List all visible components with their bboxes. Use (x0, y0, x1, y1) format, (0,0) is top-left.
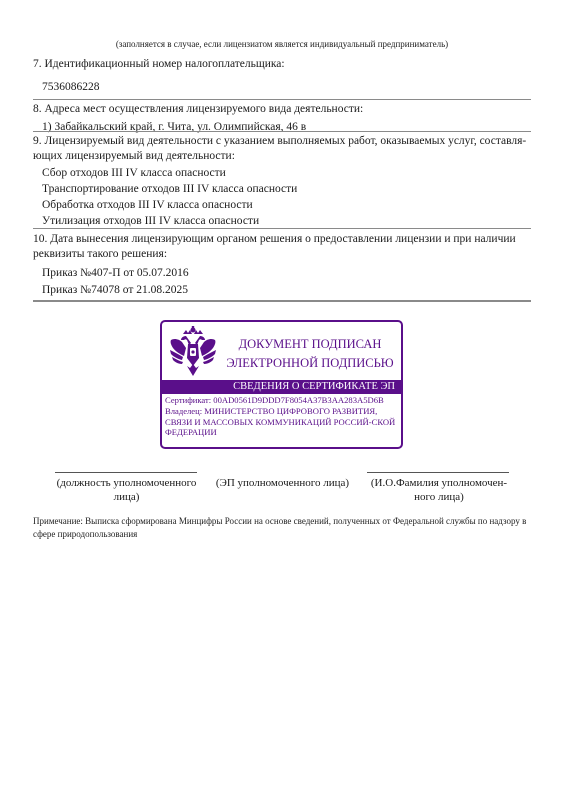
certificate-value: 00AD0561D9DDD7F8054A37B3AA283A5D6B (213, 395, 383, 405)
owner-label: Владелец: (165, 406, 202, 416)
signature-caption-name: (И.О.Фамилия уполномочен- ного лица) (358, 476, 520, 504)
section-title-line1: 10. Дата вынесения лицензирующим органом… (33, 232, 531, 247)
section-activity: 9. Лицензируемый вид деятельности с указ… (33, 134, 531, 229)
signature-caption-position: (должность уполномоченного лица) (44, 476, 209, 504)
decision-item: Приказ №407-П от 05.07.2016 (33, 265, 531, 282)
divider (33, 300, 531, 302)
e-signature-stamp: ДОКУМЕНТ ПОДПИСАН ЭЛЕКТРОННОЙ ПОДПИСЬЮ С… (160, 320, 403, 449)
section-decision: 10. Дата вынесения лицензирующим органом… (33, 232, 531, 299)
footnote: Примечание: Выписка сформирована Минцифр… (33, 515, 533, 541)
signature-line-position (55, 472, 197, 473)
owner-line: Владелец: МИНИСТЕРСТВО ЦИФРОВОГО РАЗВИТИ… (165, 406, 401, 438)
stamp-heading: ДОКУМЕНТ ПОДПИСАН ЭЛЕКТРОННОЙ ПОДПИСЬЮ (220, 335, 400, 373)
caption-line1: (должность уполномоченного (44, 476, 209, 490)
caption-line2: лица) (44, 490, 209, 504)
divider (33, 131, 531, 132)
section-title-line2: ющих лицензируемый вид деятельности: (33, 149, 531, 164)
activity-item: Транспортирование отходов III IV класса … (33, 181, 531, 197)
caption-line1: (ЭП уполномоченного лица) (205, 476, 360, 490)
activity-item: Сбор отходов III IV класса опасности (33, 165, 531, 181)
section-inn: 7. Идентификационный номер налогоплатель… (33, 57, 531, 95)
inn-value: 7536086228 (33, 80, 531, 95)
section-title: 7. Идентификационный номер налогоплатель… (33, 57, 531, 72)
ip-caption: (заполняется в случае, если лицензиатом … (0, 39, 564, 49)
address-value: 1) Забайкальский край, г. Чита, ул. Олим… (33, 120, 531, 135)
section-title-line1: 9. Лицензируемый вид деятельности с указ… (33, 134, 531, 149)
certificate-info-bar: СВЕДЕНИЯ О СЕРТИФИКАТЕ ЭП (162, 380, 401, 394)
caption-line2: ного лица) (358, 490, 520, 504)
stamp-heading-line2: ЭЛЕКТРОННОЙ ПОДПИСЬЮ (220, 354, 400, 373)
divider (33, 228, 531, 229)
activity-item: Утилизация отходов III IV класса опаснос… (33, 213, 531, 229)
stamp-heading-line1: ДОКУМЕНТ ПОДПИСАН (220, 335, 400, 354)
activity-item: Обработка отходов III IV класса опасност… (33, 197, 531, 213)
divider (33, 99, 531, 100)
double-headed-eagle-icon (168, 326, 218, 378)
section-title: 8. Адреса мест осуществления лицензируем… (33, 102, 531, 117)
section-title-line2: реквизиты такого решения: (33, 247, 531, 262)
license-extract-page: (заполняется в случае, если лицензиатом … (0, 0, 564, 800)
signature-line-name (367, 472, 509, 473)
caption-line1: (И.О.Фамилия уполномочен- (358, 476, 520, 490)
decision-item: Приказ №74078 от 21.08.2025 (33, 282, 531, 299)
signature-caption-ep: (ЭП уполномоченного лица) (205, 476, 360, 490)
certificate-label: Сертификат: (165, 395, 211, 405)
certificate-line: Сертификат: 00AD0561D9DDD7F8054A37B3AA28… (165, 395, 401, 406)
